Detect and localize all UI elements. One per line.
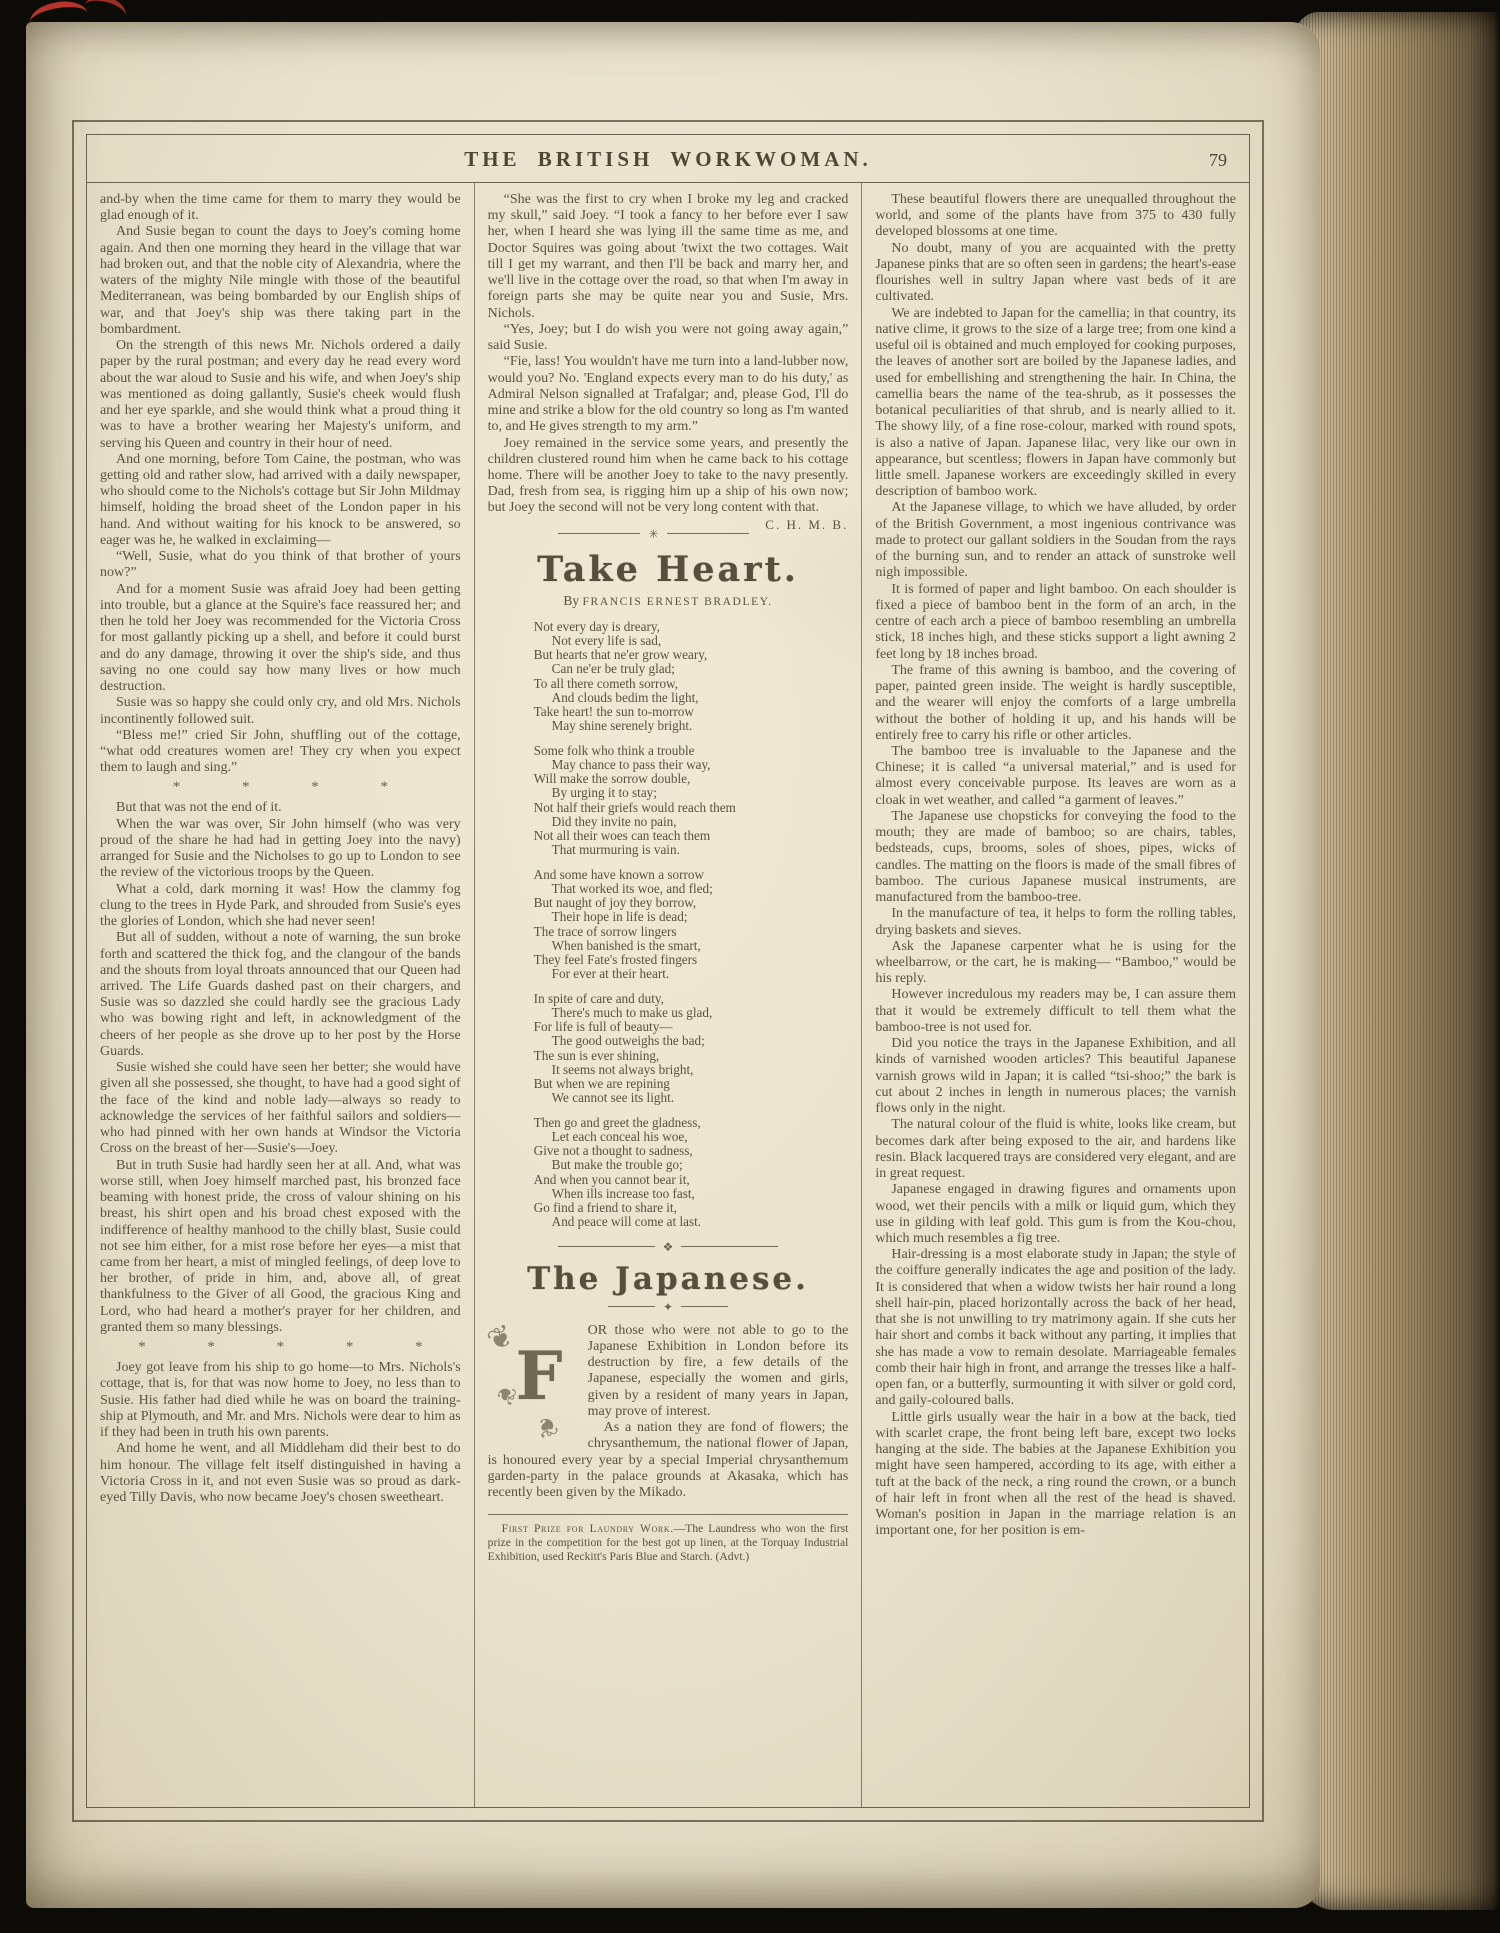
poem-line: In spite of care and duty, <box>534 992 849 1006</box>
poem-line: To all there cometh sorrow, <box>534 677 849 691</box>
poem-line: The good outweighs the bad; <box>552 1034 849 1048</box>
poem-line: And clouds bedim the light, <box>552 691 849 705</box>
text-columns: and-by when the time came for them to ma… <box>87 183 1249 1807</box>
article-title: The Japanese. <box>488 1261 849 1297</box>
paragraph: Did you notice the trays in the Japanese… <box>875 1036 1236 1117</box>
poem-line: For life is full of beauty— <box>534 1020 849 1034</box>
poem-line: Take heart! the sun to-morrow <box>534 705 849 719</box>
poem-stanza: And some have known a sorrowThat worked … <box>534 868 849 982</box>
poem-line: Go find a friend to share it, <box>534 1201 849 1215</box>
ornate-initial: ❦ F ❦ ❦ <box>488 1327 580 1447</box>
paragraph: Japanese engaged in drawing figures and … <box>875 1182 1236 1247</box>
poem-line: May shine serenely bright. <box>552 719 849 733</box>
section-separator-stars: * * * * <box>100 776 461 800</box>
paragraph: The natural colour of the fluid is white… <box>875 1117 1236 1182</box>
paragraph: No doubt, many of you are acquainted wit… <box>875 241 1236 306</box>
paragraph: Ask the Japanese carpenter what he is us… <box>875 939 1236 988</box>
paragraph: Susie wished she could have seen her bet… <box>100 1060 461 1157</box>
poem-line: We cannot see its light. <box>552 1091 849 1105</box>
poem-line: Let each conceal his woe, <box>552 1130 849 1144</box>
poem-line: Give not a thought to sadness, <box>534 1144 849 1158</box>
poem-line: Not all their woes can teach them <box>534 829 849 843</box>
divider-line <box>558 1246 655 1247</box>
poem-stanza: Then go and greet the gladness,Let each … <box>534 1116 849 1230</box>
paragraph: Joey got leave from his ship to go home—… <box>100 1360 461 1441</box>
section-separator-stars: * * * * * <box>100 1336 461 1360</box>
poem-stanza: In spite of care and duty,There's much t… <box>534 992 849 1106</box>
paragraph: And Susie began to count the days to Joe… <box>100 224 461 338</box>
paragraph: However incredulous my readers may be, I… <box>875 987 1236 1036</box>
paragraph: We are indebted to Japan for the camelli… <box>875 306 1236 501</box>
paragraph: “Bless me!” cried Sir John, shuffling ou… <box>100 728 461 777</box>
divider-line <box>558 533 641 534</box>
article-paragraphs: These beautiful flowers there are unequa… <box>875 192 1236 1539</box>
poem-line: May chance to pass their way, <box>552 758 849 772</box>
column-2: “She was the first to cry when I broke m… <box>474 183 863 1807</box>
poem-line: By urging it to stay; <box>552 786 849 800</box>
page-number: 79 <box>1209 150 1227 171</box>
poem-line: And peace will come at last. <box>552 1215 849 1229</box>
paragraph: It is formed of paper and light bamboo. … <box>875 582 1236 663</box>
poem-line: The sun is ever shining, <box>534 1049 849 1063</box>
paragraph: On the strength of this news Mr. Nichols… <box>100 338 461 452</box>
ornamental-divider: ❖ <box>558 1241 779 1253</box>
paragraph: The Japanese use chopsticks for conveyin… <box>875 809 1236 906</box>
poem-line: Their hope in life is dead; <box>552 910 849 924</box>
story-paragraphs: And Susie began to count the days to Joe… <box>100 224 461 776</box>
poem-line: Not every life is sad, <box>552 634 849 648</box>
poem-line: It seems not always bright, <box>552 1063 849 1077</box>
poem-line: Not half their griefs would reach them <box>534 801 849 815</box>
paragraph: These beautiful flowers there are unequa… <box>875 192 1236 241</box>
paragraph: “Yes, Joey; but I do wish you were not g… <box>488 322 849 354</box>
paragraph: “Fie, lass! You wouldn't have me turn in… <box>488 354 849 435</box>
paragraph: And one morning, before Tom Caine, the p… <box>100 452 461 549</box>
divider-ornament-icon: ✳ <box>648 528 658 540</box>
poem-line: Did they invite no pain, <box>552 815 849 829</box>
poem-line: Can ne'er be truly glad; <box>552 662 849 676</box>
poem-stanza: Some folk who think a troubleMay chance … <box>534 744 849 858</box>
paragraph: Little girls usually wear the hair in a … <box>875 1410 1236 1540</box>
column-3-article: These beautiful flowers there are unequa… <box>862 183 1249 1807</box>
poem-line: And some have known a sorrow <box>534 868 849 882</box>
divider-line <box>608 1306 655 1307</box>
story-paragraphs: Joey got leave from his ship to go home—… <box>100 1360 461 1506</box>
paragraph: In the manufacture of tea, it helps to f… <box>875 906 1236 938</box>
poem-author: Francis Ernest Bradley. <box>583 596 773 608</box>
poem-line: But make the trouble go; <box>552 1158 849 1172</box>
page-border-inner: THE BRITISH WORKWOMAN. 79 and-by when th… <box>86 134 1250 1808</box>
paragraph: But in truth Susie had hardly seen her a… <box>100 1158 461 1337</box>
poem-stanza: Not every day is dreary,Not every life i… <box>534 620 849 734</box>
poem-line: That worked its woe, and fled; <box>552 882 849 896</box>
masthead: THE BRITISH WORKWOMAN. 79 <box>87 135 1249 183</box>
paragraph: The frame of this awning is bamboo, and … <box>875 663 1236 744</box>
advertisement: First Prize for Laundry Work.—The Laundr… <box>488 1522 849 1564</box>
paragraph: and-by when the time came for them to ma… <box>100 192 461 224</box>
paragraph: But all of sudden, without a note of war… <box>100 930 461 1060</box>
poem-line: For ever at their heart. <box>552 967 849 981</box>
story-paragraphs: But that was not the end of it.When the … <box>100 800 461 1336</box>
divider-line <box>681 1306 728 1307</box>
poem-line: They feel Fate's frosted fingers <box>534 953 849 967</box>
divider-line <box>681 1246 778 1247</box>
poem-line: Then go and greet the gladness, <box>534 1116 849 1130</box>
poem-line: But when we are repining <box>534 1077 849 1091</box>
divider-ornament-icon: ❖ <box>663 1241 674 1253</box>
magazine-page-scan: THE BRITISH WORKWOMAN. 79 and-by when th… <box>26 22 1320 1908</box>
ornamental-divider: ✳ <box>558 528 750 540</box>
paragraph-text: Joey remained in the service some years,… <box>488 436 849 516</box>
paragraph: Susie was so happy she could only cry, a… <box>100 695 461 727</box>
advert-lead: First Prize for Laundry Work. <box>502 1522 674 1535</box>
poem-byline: By Francis Ernest Bradley. <box>488 593 849 609</box>
author-initials: C. H. M. B. <box>749 517 848 532</box>
poem-line: The trace of sorrow lingers <box>534 925 849 939</box>
by-label: By <box>563 593 579 608</box>
paragraph: What a cold, dark morning it was! How th… <box>100 882 461 931</box>
poem-line: When ills increase too fast, <box>552 1187 849 1201</box>
paragraph: The bamboo tree is invaluable to the Jap… <box>875 744 1236 809</box>
poem-line: Not every day is dreary, <box>534 620 849 634</box>
paragraph: And for a moment Susie was afraid Joey h… <box>100 582 461 696</box>
paragraph: And home he went, and all Middleham did … <box>100 1441 461 1506</box>
poem-body: Not every day is dreary,Not every life i… <box>534 620 849 1230</box>
page-border-outer: THE BRITISH WORKWOMAN. 79 and-by when th… <box>72 120 1264 1822</box>
poem-line: Some folk who think a trouble <box>534 744 849 758</box>
paragraph: When the war was over, Sir John himself … <box>100 817 461 882</box>
story-paragraphs: “She was the first to cry when I broke m… <box>488 192 849 436</box>
paragraph: “Well, Susie, what do you think of that … <box>100 549 461 581</box>
paragraph: At the Japanese village, to which we hav… <box>875 500 1236 581</box>
poem-line: That murmuring is vain. <box>552 843 849 857</box>
story-closing-paragraph: Joey remained in the service some years,… <box>488 436 849 517</box>
divider-ornament-icon: ✦ <box>663 1301 673 1313</box>
advert-separator-rule <box>488 1514 849 1515</box>
poem-line: And when you cannot bear it, <box>534 1173 849 1187</box>
divider-line <box>667 533 750 534</box>
poem-line: There's much to make us glad, <box>552 1006 849 1020</box>
poem-line: But naught of joy they borrow, <box>534 896 849 910</box>
poem-title: Take Heart. <box>488 549 849 590</box>
column-1-story: and-by when the time came for them to ma… <box>87 183 474 1807</box>
poem-line: Will make the sorrow double, <box>534 772 849 786</box>
paragraph: “She was the first to cry when I broke m… <box>488 192 849 322</box>
drop-cap-letter: F <box>516 1343 563 1409</box>
publication-title: THE BRITISH WORKWOMAN. <box>87 147 1249 172</box>
ornamental-divider: ✦ <box>608 1301 729 1313</box>
paragraph: But that was not the end of it. <box>100 800 461 816</box>
article-lead: ❦ F ❦ ❦ OR those who were not able to go… <box>488 1323 849 1502</box>
poem-line: But hearts that ne'er grow weary, <box>534 648 849 662</box>
paragraph: Hair-dressing is a most elaborate study … <box>875 1247 1236 1409</box>
poem-line: When banished is the smart, <box>552 939 849 953</box>
